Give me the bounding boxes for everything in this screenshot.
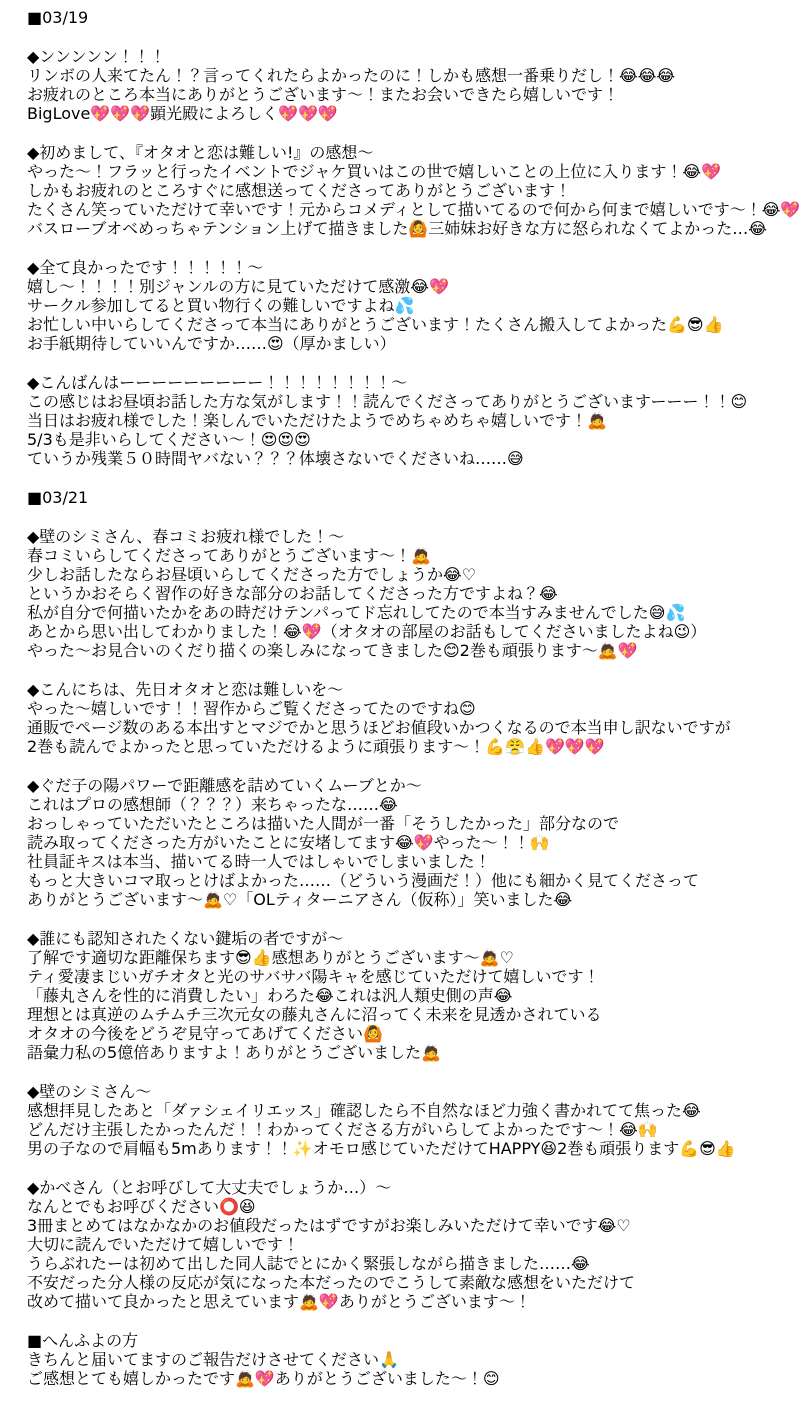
reply-line: 嬉し～！！！！別ジャンルの方に見ていただけて感激😂💖 <box>27 277 790 296</box>
reply-line: 男の子なので肩幅も5mあります！！✨オモロ感じていただけてHAPPY😆2巻も頑張… <box>27 1139 790 1158</box>
reply-entry: ◆こんばんはーーーーーーーーー！！！！！！！！～この感じはお昼頃お話した方な気が… <box>27 373 790 468</box>
reply-line: 3冊まとめてはなかなかのお値段だったはずですがお楽しみいただけて幸いです😂♡ <box>27 1216 790 1235</box>
reply-line: やった～嬉しいです！！習作からご覧くださってたのですね😊 <box>27 699 790 718</box>
reply-line: というかおそらく習作の好きな部分のお話してくださった方ですよね？😂 <box>27 584 790 603</box>
date-header: ■03/19 <box>27 8 790 27</box>
reply-entry: ◆壁のシミさん～感想拝見したあと「ダァシェイリエッス」確認したら不自然なほど力強… <box>27 1082 790 1158</box>
reply-entry: ◆ンンンンン！！！リンボの人来てたん！？言ってくれたらよかったのに！しかも感想一… <box>27 47 790 123</box>
reply-line: 語彙力私の5億倍ありますよ！ありがとうございました🙇 <box>27 1043 790 1062</box>
reply-line: なんとでもお呼びください⭕😆 <box>27 1197 790 1216</box>
reply-line: ご感想とても嬉しかったです🙇💖ありがとうございました～！😊 <box>27 1369 790 1388</box>
reply-line: ◆全て良かったです！！！！！～ <box>27 258 790 277</box>
reply-line: 私が自分で何描いたかをあの時だけテンパってド忘れしてたので本当すみませんでした😅… <box>27 603 790 622</box>
reply-line: 不安だった分人様の反応が気になった本だったのでこうして素敵な感想をいただけて <box>27 1273 790 1292</box>
reply-line: 5/3も是非いらしてください～！😍😍😍 <box>27 430 790 449</box>
reply-line: おっしゃっていただいたところは描いた人間が一番「そうしたかった」部分なので <box>27 814 790 833</box>
reply-line: ◆こんばんはーーーーーーーーー！！！！！！！！～ <box>27 373 790 392</box>
reply-entry: ◆かべさん（とお呼びして大丈夫でしょうか…）～なんとでもお呼びください⭕😆3冊ま… <box>27 1178 790 1311</box>
reply-line: 少しお話したならお昼頃いらしてくださった方でしょうか😂♡ <box>27 565 790 584</box>
reply-line: ◆誰にも認知されたくない鍵垢の者ですが～ <box>27 929 790 948</box>
reply-line: ◆こんにちは、先日オタオと恋は難しいを～ <box>27 680 790 699</box>
reply-entry: ◆こんにちは、先日オタオと恋は難しいを～やった～嬉しいです！！習作からご覧くださ… <box>27 680 790 756</box>
reply-line: 2巻も読んでよかったと思っていただけるように頑張ります～！💪😤👍💖💖💖 <box>27 737 790 756</box>
reply-line: ◆ぐだ子の陽パワーで距離感を詰めていくムーブとか～ <box>27 776 790 795</box>
reply-line: もっと大きいコマ取っとけばよかった……（どういう漫画だ！）他にも細かく見てくださ… <box>27 871 790 890</box>
reply-line: ティ愛凄まじいガチオタと光のサバサバ陽キャを感じていただけて嬉しいです！ <box>27 967 790 986</box>
reply-line: ありがとうございます～🙇♡「OLティターニアさん（仮称）」笑いました😂 <box>27 890 790 909</box>
reply-line: バスローブオベめっちゃテンション上げて描きました🙆三姉妹お好きな方に怒られなくて… <box>27 219 790 238</box>
reply-line: どんだけ主張したかったんだ！！わかってくださる方がいらしてよかったです～！😂🙌 <box>27 1120 790 1139</box>
reply-line: 通販でページ数のある本出すとマジでかと思うほどお値段いかつくなるので本当申し訳な… <box>27 718 790 737</box>
reply-entry: ◆壁のシミさん、春コミお疲れ様でした！～春コミいらしてくださってありがとうござい… <box>27 527 790 660</box>
reply-log: ■03/19◆ンンンンン！！！リンボの人来てたん！？言ってくれたらよかったのに！… <box>27 8 790 1388</box>
reply-line: きちんと届いてますのご報告だけさせてください🙏 <box>27 1350 790 1369</box>
reply-entry: ◆初めまして、『オタオと恋は難しい!』の感想～やった～！フラッと行ったイベントで… <box>27 143 790 238</box>
reply-line: BigLove💖💖💖顕光殿によろしく💖💖💖 <box>27 104 790 123</box>
reply-line: 「藤丸さんを性的に消費したい」わろた😂これは汎人類史側の声😂 <box>27 986 790 1005</box>
reply-line: この感じはお昼頃お話した方な気がします！！読んでくださってありがとうございますー… <box>27 392 790 411</box>
reply-entry: ◆全て良かったです！！！！！～嬉し～！！！！別ジャンルの方に見ていただけて感激😂… <box>27 258 790 353</box>
reply-line: ◆壁のシミさん～ <box>27 1082 790 1101</box>
reply-line: ていうか残業５０時間ヤバない？？？体壊さないでくださいね……😅 <box>27 449 790 468</box>
reply-line: ◆ンンンンン！！！ <box>27 47 790 66</box>
reply-line: 大切に読んでいただけて嬉しいです！ <box>27 1235 790 1254</box>
reply-entry: ◆ぐだ子の陽パワーで距離感を詰めていくムーブとか～これはプロの感想師（？？？）来… <box>27 776 790 909</box>
reply-line: お手紙期待していいんですか……😍（厚かましい） <box>27 334 790 353</box>
reply-line: やった～お見合いのくだり描くの楽しみになってきました😊2巻も頑張ります～🙇💖 <box>27 641 790 660</box>
reply-line: サークル参加してると買い物行くの難しいですよね💦 <box>27 296 790 315</box>
reply-line: お忙しい中いらしてくださって本当にありがとうございます！たくさん搬入してよかった… <box>27 315 790 334</box>
date-header: ■03/21 <box>27 488 790 507</box>
reply-line: 読み取ってくださった方がいたことに安堵してます😂💖やった～！！🙌 <box>27 833 790 852</box>
reply-line: しかもお疲れのところすぐに感想送ってくださってありがとうございます！ <box>27 181 790 200</box>
reply-line: ◆かべさん（とお呼びして大丈夫でしょうか…）～ <box>27 1178 790 1197</box>
reply-line: 当日はお疲れ様でした！楽しんでいただけたようでめちゃめちゃ嬉しいです！🙇 <box>27 411 790 430</box>
reply-line: たくさん笑っていただけて幸いです！元からコメディとして描いてるので何から何まで嬉… <box>27 200 790 219</box>
reply-line: 了解です適切な距離保ちます😎👍感想ありがとうございます～🙇♡ <box>27 948 790 967</box>
reply-line: やった～！フラッと行ったイベントでジャケ買いはこの世で嬉しいことの上位に入ります… <box>27 162 790 181</box>
reply-line: ◆壁のシミさん、春コミお疲れ様でした！～ <box>27 527 790 546</box>
reply-line: 春コミいらしてくださってありがとうございます～！🙇 <box>27 546 790 565</box>
reply-line: オタオの今後をどうぞ見守ってあげてください🙆 <box>27 1024 790 1043</box>
reply-line: あとから思い出してわかりました！😂💖（オタオの部屋のお話もしてくださいましたよね… <box>27 622 790 641</box>
date-header: ■へんふよの方 <box>27 1331 790 1350</box>
reply-line: 社員証キスは本当、描いてる時一人ではしゃいでしまいました！ <box>27 852 790 871</box>
reply-line: 感想拝見したあと「ダァシェイリエッス」確認したら不自然なほど力強く書かれてて焦っ… <box>27 1101 790 1120</box>
reply-line: リンボの人来てたん！？言ってくれたらよかったのに！しかも感想一番乗りだし！😂😂😂 <box>27 66 790 85</box>
reply-entry: きちんと届いてますのご報告だけさせてください🙏ご感想とても嬉しかったです🙇💖あり… <box>27 1350 790 1388</box>
reply-line: ◆初めまして、『オタオと恋は難しい!』の感想～ <box>27 143 790 162</box>
reply-line: うらぶれたーは初めて出した同人誌でとにかく緊張しながら描きました……😂 <box>27 1254 790 1273</box>
reply-line: お疲れのところ本当にありがとうございます～！またお会いできたら嬉しいです！ <box>27 85 790 104</box>
reply-entry: ◆誰にも認知されたくない鍵垢の者ですが～了解です適切な距離保ちます😎👍感想ありが… <box>27 929 790 1062</box>
reply-line: 理想とは真逆のムチムチ三次元女の藤丸さんに沼ってく未来を見透かされている <box>27 1005 790 1024</box>
reply-line: これはプロの感想師（？？？）来ちゃったな……😂 <box>27 795 790 814</box>
reply-line: 改めて描いて良かったと思えています🙇💖ありがとうございます～！ <box>27 1292 790 1311</box>
